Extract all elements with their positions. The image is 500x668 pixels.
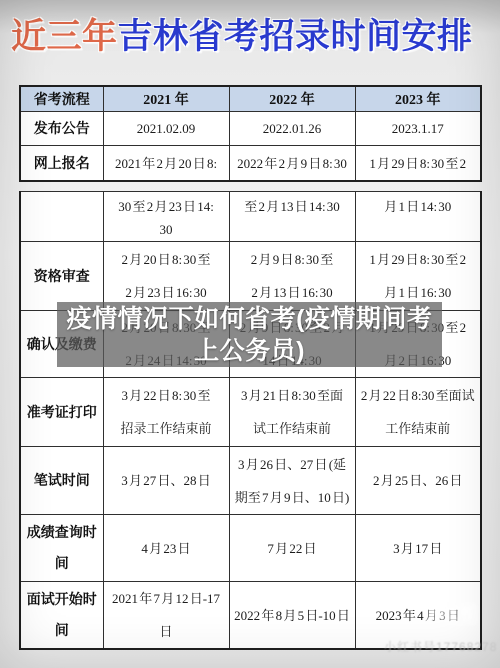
table-cell: 7 月 22 日 bbox=[229, 515, 355, 582]
caption-overlay: 疫情情况下如何省考(疫情期间考上公务员) bbox=[57, 302, 442, 367]
title-main: 吉林省考招录时间安排 bbox=[118, 17, 473, 56]
table-cell: 2 月 9 日 8: 30 至 2 月 13 日 16: 30 bbox=[229, 242, 355, 311]
schedule-table-top: 省考流程 2021 年 2022 年 2023 年 发布公告 2021.02.0… bbox=[19, 85, 482, 182]
table-row-written-exam: 笔试时间 3 月 27 日、28 日 3 月 26 日、27 日 (延 期至 7… bbox=[20, 447, 481, 515]
table-cell: 4 月 23 日 bbox=[103, 515, 229, 582]
table-row-score-query: 成绩查询时 间 4 月 23 日 7 月 22 日 3 月 17 日 bbox=[20, 515, 481, 582]
table-cell: 3 月 26 日、27 日 (延 期至 7 月 9 日、10 日) bbox=[229, 447, 355, 515]
table-row-ticket-print: 准考证打印 3 月 22 日 8: 30 至 招录工作结束前 3 月 21 日 … bbox=[20, 378, 481, 447]
col-header-2021: 2021 年 bbox=[103, 86, 229, 112]
schedule-table-bottom: 30 至 2 月 23 日 14: 30 至 2 月 13 日 14: 30 月… bbox=[19, 191, 482, 650]
table-header-row: 省考流程 2021 年 2022 年 2023 年 bbox=[20, 86, 481, 112]
col-header-process: 省考流程 bbox=[20, 86, 103, 112]
table-cell: 2023 年 4 月 3 日 bbox=[355, 582, 481, 650]
table-cell: 2022 年 2 月 9 日 8: 30 bbox=[229, 146, 355, 182]
table-row-qualification: 资格审查 2 月 20 日 8: 30 至 2 月 23 日 16: 30 2 … bbox=[20, 242, 481, 311]
table-cell: 2022 年 8 月 5 日-10 日 bbox=[229, 582, 355, 650]
table-cell: 2 月 25 日、26 日 bbox=[355, 447, 481, 515]
title-highlight: 近三年 bbox=[11, 17, 118, 56]
col-header-2022: 2022 年 bbox=[229, 86, 355, 112]
table-cell: 2021.02.09 bbox=[103, 112, 229, 146]
table-cell: 1 月 29 日 8: 30 至 2 bbox=[355, 146, 481, 182]
table-row-announcement: 发布公告 2021.02.09 2022.01.26 2023.1.17 bbox=[20, 112, 481, 146]
row-label: 笔试时间 bbox=[20, 447, 103, 515]
table-row-interview: 面试开始时 间 2021 年 7 月 12 日-17 日 2022 年 8 月 … bbox=[20, 582, 481, 650]
table-cell: 2 月 20 日 8: 30 至 2 月 23 日 16: 30 bbox=[103, 242, 229, 311]
table-cell: 2023.1.17 bbox=[355, 112, 481, 146]
col-header-2023: 2023 年 bbox=[355, 86, 481, 112]
table-cell: 3 月 17 日 bbox=[355, 515, 481, 582]
table-cell: 2021 年 7 月 12 日-17 日 bbox=[103, 582, 229, 650]
row-label: 资格审查 bbox=[20, 242, 103, 311]
table-cell: 2022.01.26 bbox=[229, 112, 355, 146]
row-label: 准考证打印 bbox=[20, 378, 103, 447]
infographic-page: 近三年吉林省考招录时间安排 省考流程 2021 年 2022 年 2023 年 … bbox=[0, 0, 500, 668]
page-title: 近三年吉林省考招录时间安排 bbox=[11, 14, 473, 60]
table-row-registration: 网上报名 2021 年 2 月 20 日 8: 2022 年 2 月 9 日 8… bbox=[20, 146, 481, 182]
table-cell: 2 月 22 日 8:30 至面试 工作结束前 bbox=[355, 378, 481, 447]
table-cell: 月 1 日 14: 30 bbox=[355, 192, 481, 242]
table-cell: 3 月 21 日 8: 30 至面 试工作结束前 bbox=[229, 378, 355, 447]
table-cell: 3 月 22 日 8: 30 至 招录工作结束前 bbox=[103, 378, 229, 447]
row-label: 面试开始时 间 bbox=[20, 582, 103, 650]
table-cell: 30 至 2 月 23 日 14: 30 bbox=[103, 192, 229, 242]
table-cell: 至 2 月 13 日 14: 30 bbox=[229, 192, 355, 242]
table-cell: 1 月 29 日 8: 30 至 2 月 1 日 16: 30 bbox=[355, 242, 481, 311]
row-label bbox=[20, 192, 103, 242]
table-cell: 3 月 27 日、28 日 bbox=[103, 447, 229, 515]
row-label: 发布公告 bbox=[20, 112, 103, 146]
table-row-registration-cont: 30 至 2 月 23 日 14: 30 至 2 月 13 日 14: 30 月… bbox=[20, 192, 481, 242]
caption-text: 疫情情况下如何省考(疫情期间考上公务员) bbox=[57, 303, 442, 367]
row-label: 网上报名 bbox=[20, 146, 103, 182]
row-label: 成绩查询时 间 bbox=[20, 515, 103, 582]
table-cell: 2021 年 2 月 20 日 8: bbox=[103, 146, 229, 182]
